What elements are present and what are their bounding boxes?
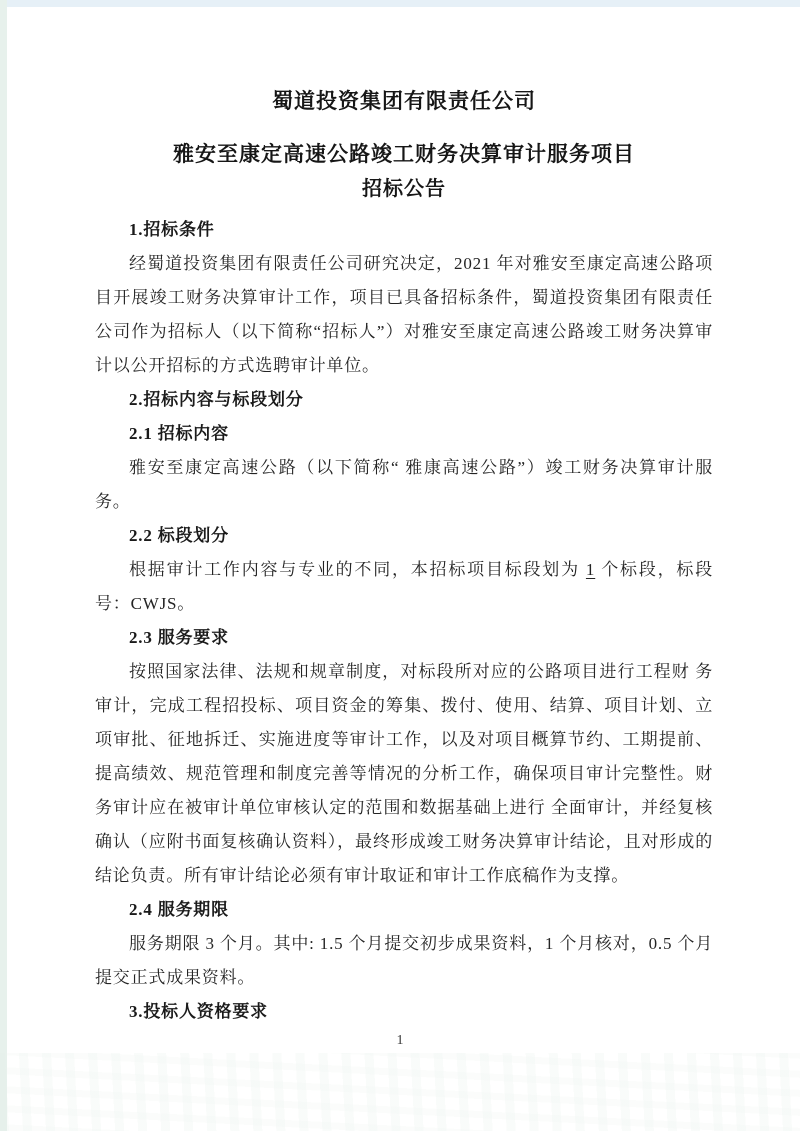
section-2-3-paragraph: 按照国家法律、法规和规章制度，对标段所对应的公路项目进行工程财 务审计，完成工程…: [95, 655, 713, 893]
section-2-1-heading: 2.1 招标内容: [95, 417, 713, 451]
lot-count-underlined: 1: [586, 560, 595, 579]
document-title-company: 蜀道投资集团有限责任公司: [95, 86, 713, 116]
section-2-1-paragraph: 雅安至康定高速公路（以下简称“ 雅康高速公路”）竣工财务决算审计服务。: [95, 451, 713, 519]
section-2-3-heading: 2.3 服务要求: [95, 621, 713, 655]
document-content: 蜀道投资集团有限责任公司 雅安至康定高速公路竣工财务决算审计服务项目 招标公告 …: [95, 86, 713, 1029]
lot-text-before: 根据审计工作内容与专业的不同，本招标项目标段划为: [129, 560, 586, 579]
section-3-heading: 3.投标人资格要求: [95, 995, 713, 1029]
document-title-project: 雅安至康定高速公路竣工财务决算审计服务项目: [95, 139, 713, 169]
scan-left-edge: [0, 0, 7, 1131]
section-2-2-heading: 2.2 标段划分: [95, 519, 713, 553]
section-2-heading: 2.招标内容与标段划分: [95, 383, 713, 417]
section-2-4-heading: 2.4 服务期限: [95, 893, 713, 927]
document-title-notice: 招标公告: [95, 174, 713, 204]
section-2-4-paragraph: 服务期限 3 个月。其中: 1.5 个月提交初步成果资料，1 个月核对，0.5 …: [95, 927, 713, 995]
section-1-heading: 1.招标条件: [95, 213, 713, 247]
scan-bleed-texture: [0, 1053, 800, 1131]
section-2-2-paragraph: 根据审计工作内容与专业的不同，本招标项目标段划为 1 个标段，标段号：CWJS。: [95, 553, 713, 621]
scan-top-edge: [0, 0, 800, 7]
section-1-paragraph: 经蜀道投资集团有限责任公司研究决定，2021 年对雅安至康定高速公路项目开展竣工…: [95, 247, 713, 383]
page-number: 1: [0, 1033, 800, 1049]
document-page: 蜀道投资集团有限责任公司 雅安至康定高速公路竣工财务决算审计服务项目 招标公告 …: [0, 0, 800, 1131]
